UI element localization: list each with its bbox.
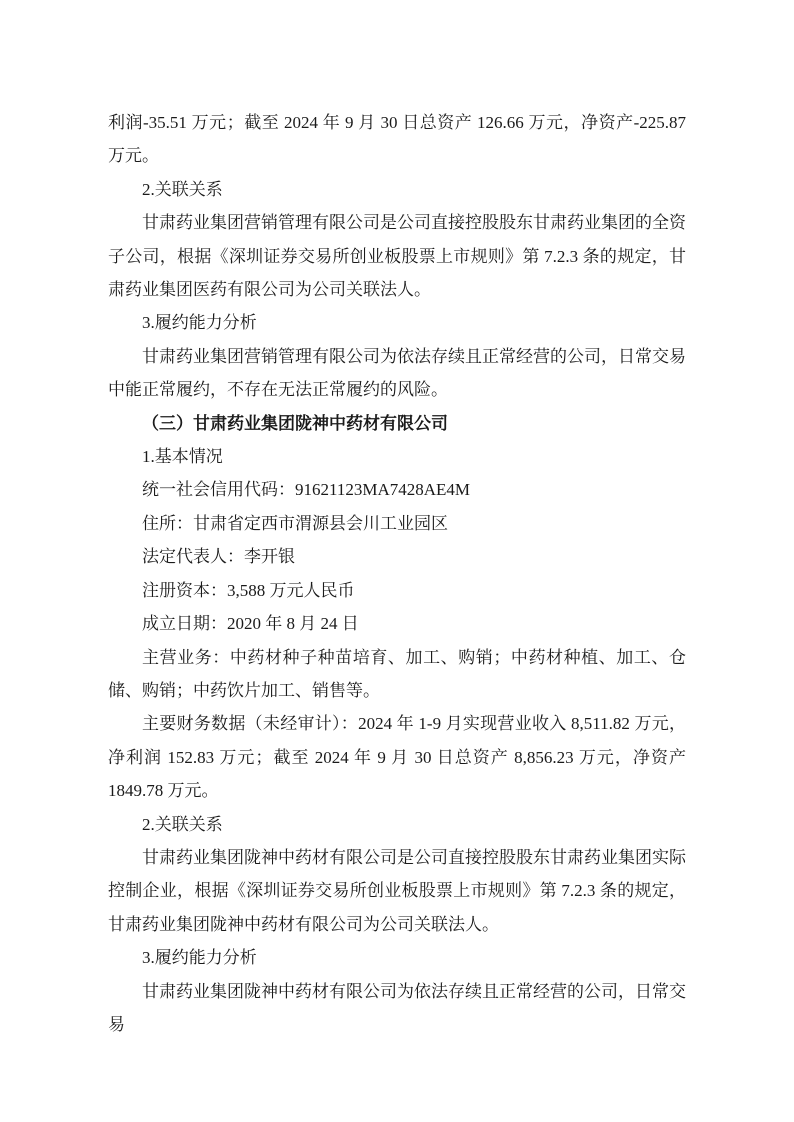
para-longshen-address: 住所：甘肃省定西市渭源县会川工业园区 (108, 507, 686, 540)
para-longshen-main-business: 主营业务：中药材种子种苗培育、加工、购销；中药材种植、加工、仓储、购销；中药饮片… (108, 641, 686, 708)
para-longshen-relation: 甘肃药业集团陇神中药材有限公司是公司直接控股股东甘肃药业集团实际控制企业，根据《… (108, 841, 686, 941)
heading-longshen-performance-analysis: 3.履约能力分析 (108, 941, 686, 974)
heading-yingxiao-performance-analysis: 3.履约能力分析 (108, 306, 686, 339)
para-longshen-financials: 主要财务数据（未经审计）：2024 年 1-9 月实现营业收入 8,511.82… (108, 707, 686, 807)
document-body: 利润-35.51 万元；截至 2024 年 9 月 30 日总资产 126.66… (108, 106, 686, 1041)
heading-longshen-relation: 2.关联关系 (108, 808, 686, 841)
para-yingxiao-performance-analysis: 甘肃药业集团营销管理有限公司为依法存续且正常经营的公司，日常交易中能正常履约，不… (108, 340, 686, 407)
heading-section-three-longshen: （三）甘肃药业集团陇神中药材有限公司 (108, 407, 686, 440)
document-page: 利润-35.51 万元；截至 2024 年 9 月 30 日总资产 126.66… (0, 0, 794, 1122)
para-yingxiao-relation: 甘肃药业集团营销管理有限公司是公司直接控股股东甘肃药业集团的全资子公司，根据《深… (108, 206, 686, 306)
heading-longshen-basic-info: 1.基本情况 (108, 440, 686, 473)
para-longshen-establish-date: 成立日期：2020 年 8 月 24 日 (108, 607, 686, 640)
para-longshen-performance-analysis-truncated: 甘肃药业集团陇神中药材有限公司为依法存续且正常经营的公司，日常交易 (108, 975, 686, 1042)
para-longshen-legal-representative: 法定代表人：李开银 (108, 540, 686, 573)
para-longshen-registered-capital: 注册资本：3,588 万元人民币 (108, 574, 686, 607)
para-longshen-credit-code: 统一社会信用代码：91621123MA7428AE4M (108, 473, 686, 506)
heading-yingxiao-relation: 2.关联关系 (108, 173, 686, 206)
para-yingxiao-financials-continuation: 利润-35.51 万元；截至 2024 年 9 月 30 日总资产 126.66… (108, 106, 686, 173)
